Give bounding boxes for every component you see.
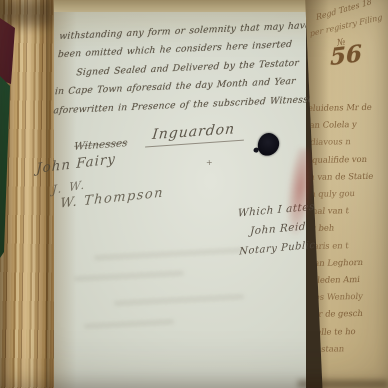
bottom-shadow bbox=[298, 380, 388, 388]
text-fragment: authorises Wenholy bbox=[297, 286, 388, 307]
text-fragment: Weluidens Mr de bbox=[299, 97, 388, 118]
bleed-through-mark bbox=[114, 295, 244, 306]
page-number: 56 bbox=[330, 40, 362, 71]
text-fragment: hier samelle te ho bbox=[297, 321, 388, 342]
corner-shadow bbox=[0, 0, 54, 26]
text-fragment: Gequalifide von bbox=[300, 148, 388, 169]
ink-blot bbox=[256, 131, 281, 158]
testator-signature: Inguardon bbox=[145, 120, 246, 147]
left-page: withstanding any form or solemnity that … bbox=[54, 12, 306, 388]
manuscript-photo: withstanding any form or solemnity that … bbox=[0, 0, 388, 388]
signature-cross-mark: + bbox=[206, 158, 213, 167]
text-fragment: dush onder de gesch bbox=[297, 303, 388, 324]
bleed-through-mark bbox=[84, 320, 174, 329]
deed-body-text: withstanding any form or solemnity that … bbox=[53, 17, 304, 120]
text-fragment: hier overleden Ami bbox=[297, 269, 388, 290]
text-fragment: addition gestaan bbox=[297, 338, 388, 359]
text-fragment: van Colela y bbox=[304, 114, 388, 135]
witnesses-label: Witnesses bbox=[74, 137, 128, 153]
bleed-through-mark bbox=[74, 271, 184, 281]
